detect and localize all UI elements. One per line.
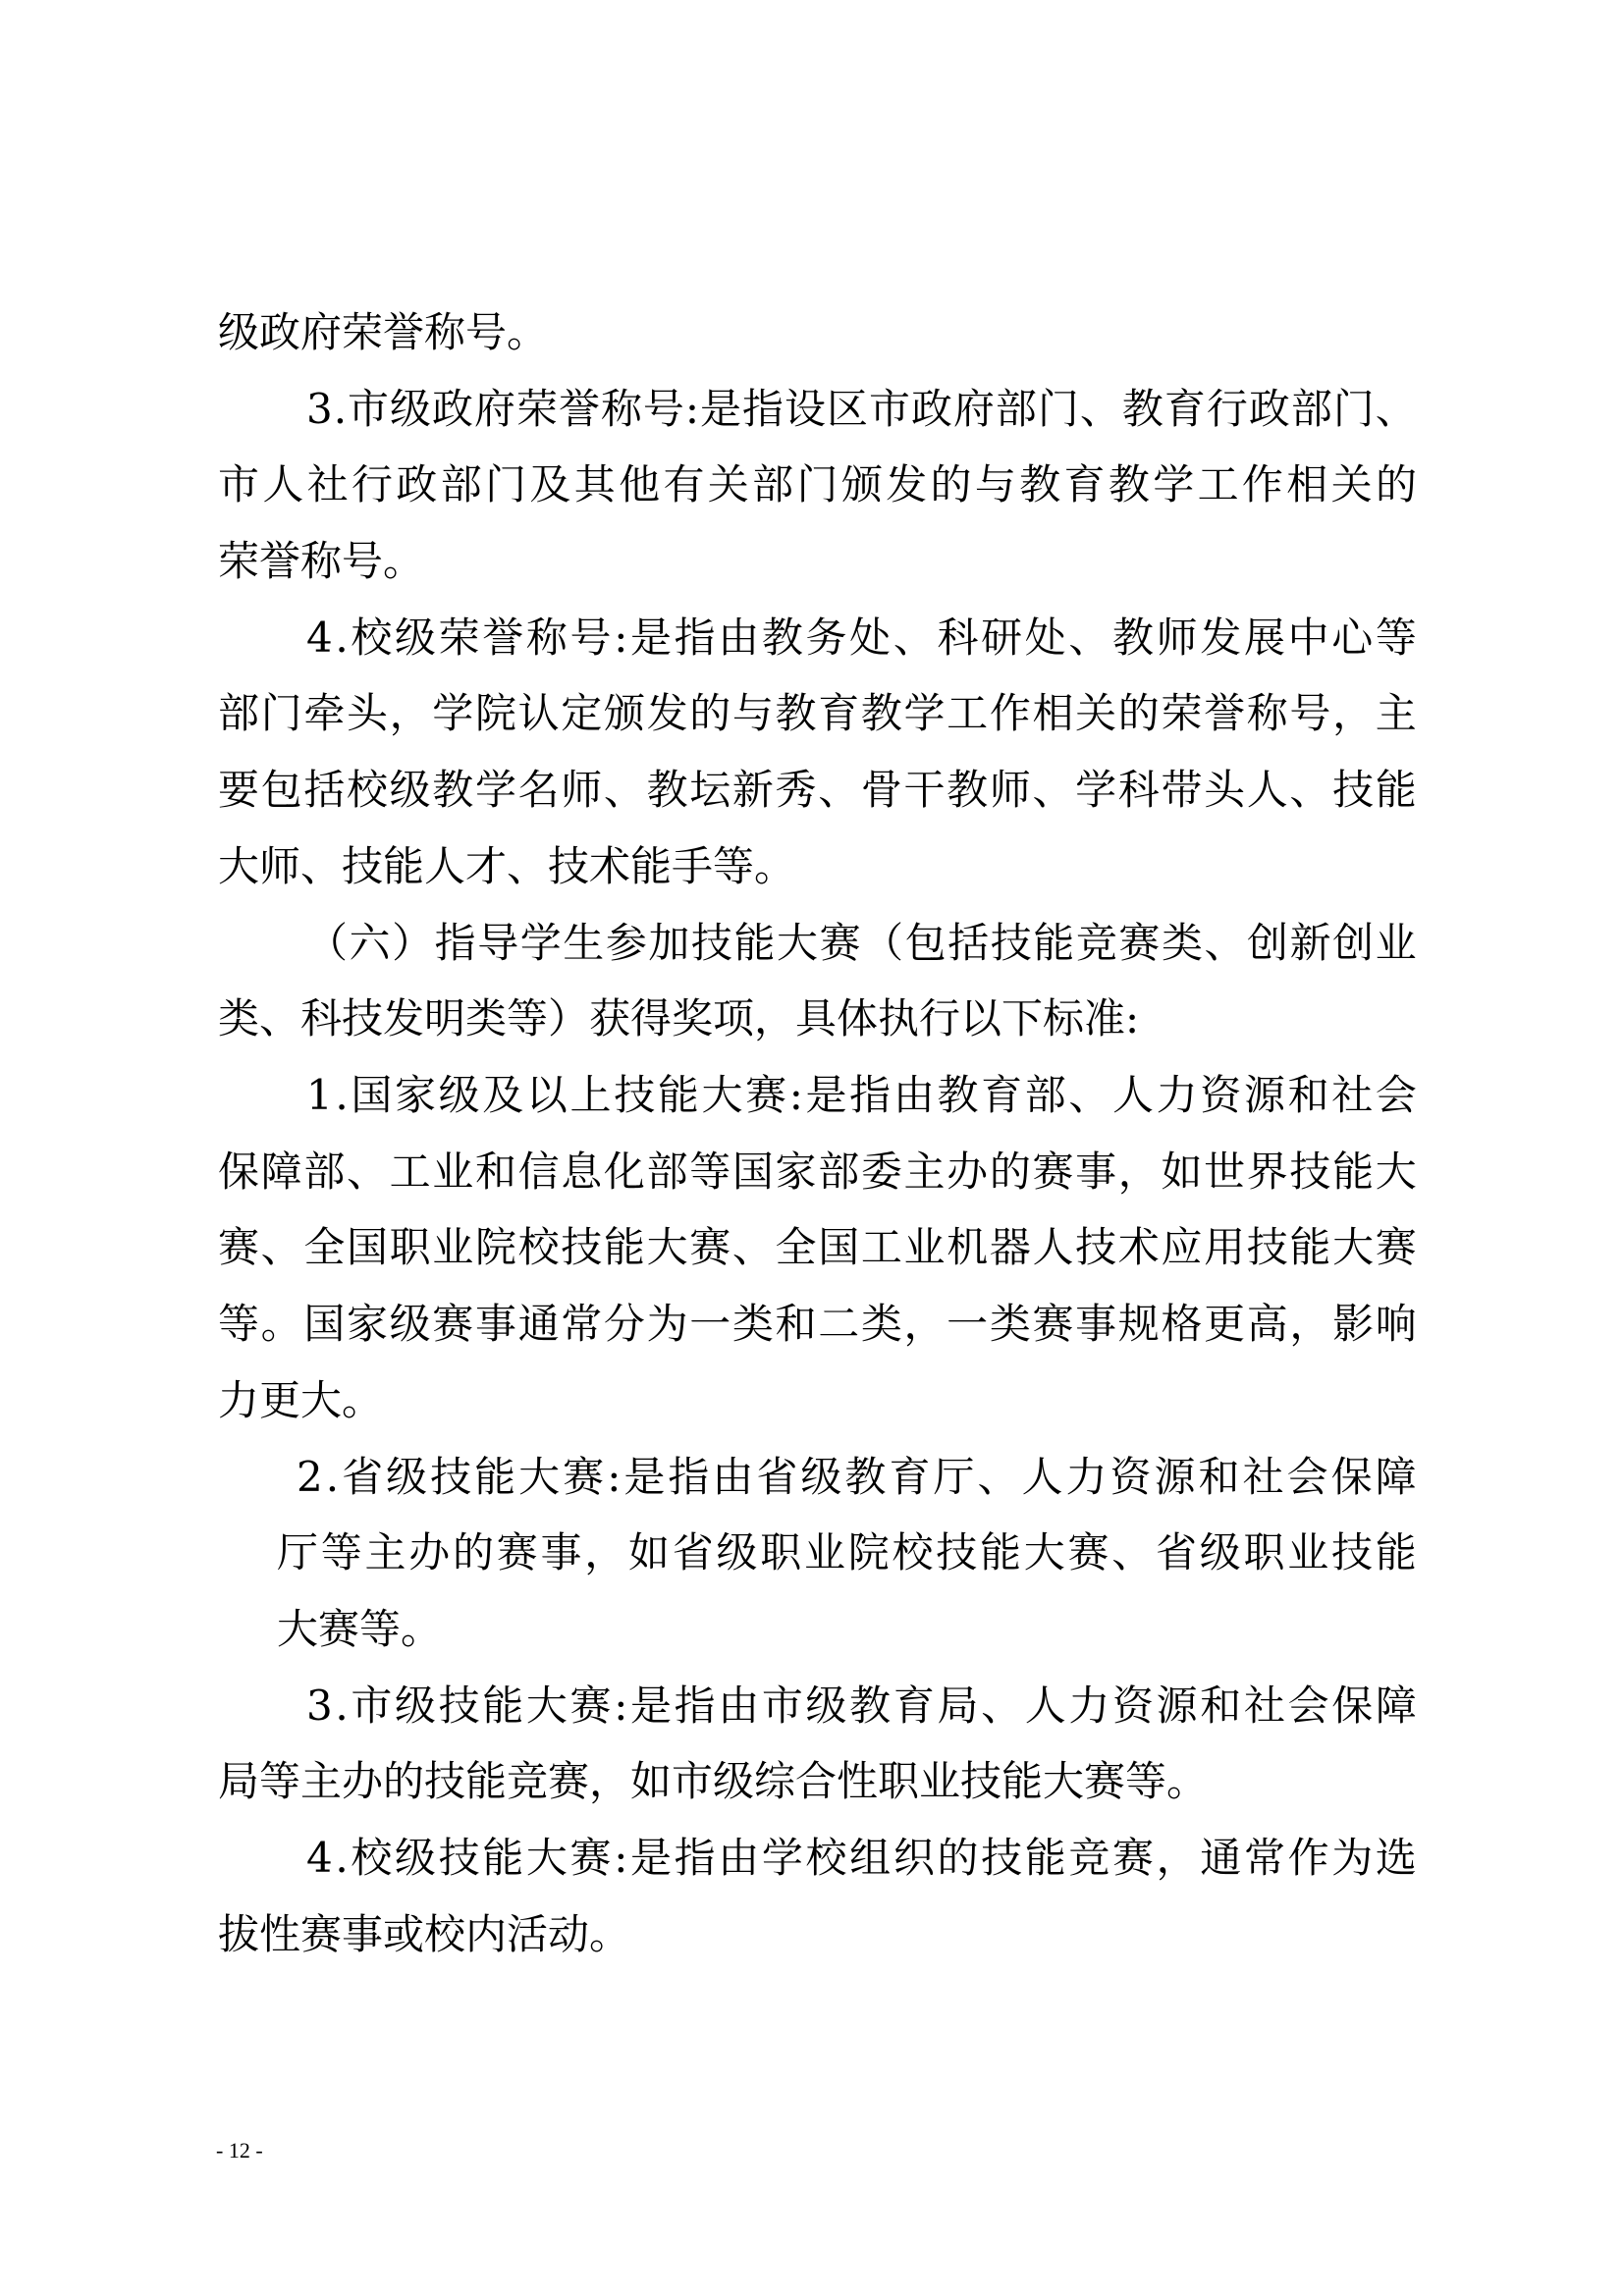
text-line: 市人社行政部门及其他有关部门颁发的与教育教学工作相关的 [218, 462, 1417, 507]
text-line: 部门牵头，学院认定颁发的与教育教学工作相关的荣誉称号，主 [218, 691, 1417, 736]
text-line: 等。国家级赛事通常分为一类和二类，一类赛事规格更高，影响 [218, 1302, 1417, 1347]
text-line: 3.市级技能大赛:是指由市级教育局、人力资源和社会保障 [306, 1683, 1417, 1729]
page-number: - 12 - [216, 2136, 263, 2165]
section-heading-line: （六）指导学生参加技能大赛（包括技能竞赛类、创新创业 [306, 921, 1417, 966]
text-line: 保障部、工业和信息化部等国家部委主办的赛事，如世界技能大 [218, 1149, 1417, 1195]
text-line: 荣誉称号。 [218, 539, 424, 584]
text-line: 4.校级荣誉称号:是指由教务处、科研处、教师发展中心等 [306, 615, 1417, 661]
text-line: 类、科技发明类等）获得奖项，具体执行以下标准: [218, 996, 1139, 1041]
text-line: 1.国家级及以上技能大赛:是指由教育部、人力资源和社会 [306, 1073, 1417, 1118]
text-line: 4.校级技能大赛:是指由学校组织的技能竞赛，通常作为选 [306, 1836, 1417, 1881]
text-line: 要包括校级教学名师、教坛新秀、骨干教师、学科带头人、技能 [218, 768, 1417, 813]
text-line: 级政府荣誉称号。 [218, 310, 548, 355]
text-line: 2.省级技能大赛:是指由省级教育厅、人力资源和社会保障 [297, 1455, 1417, 1500]
text-line: 拔性赛事或校内活动。 [218, 1912, 630, 1957]
text-line: 力更大。 [218, 1378, 383, 1423]
text-line: 厅等主办的赛事，如省级职业院校技能大赛、省级职业技能 [277, 1530, 1417, 1575]
text-line: 3.市级政府荣誉称号:是指设区市政府部门、教育行政部门、 [306, 387, 1417, 432]
text-line: 赛、全国职业院校技能大赛、全国工业机器人技术应用技能大赛 [218, 1225, 1417, 1270]
document-page: 级政府荣誉称号。 3.市级政府荣誉称号:是指设区市政府部门、教育行政部门、 市人… [0, 0, 1623, 2296]
text-line: 大师、技能人才、技术能手等。 [218, 844, 795, 889]
text-line: 局等主办的技能竞赛，如市级综合性职业技能大赛等。 [218, 1759, 1208, 1804]
text-line: 大赛等。 [277, 1607, 442, 1652]
